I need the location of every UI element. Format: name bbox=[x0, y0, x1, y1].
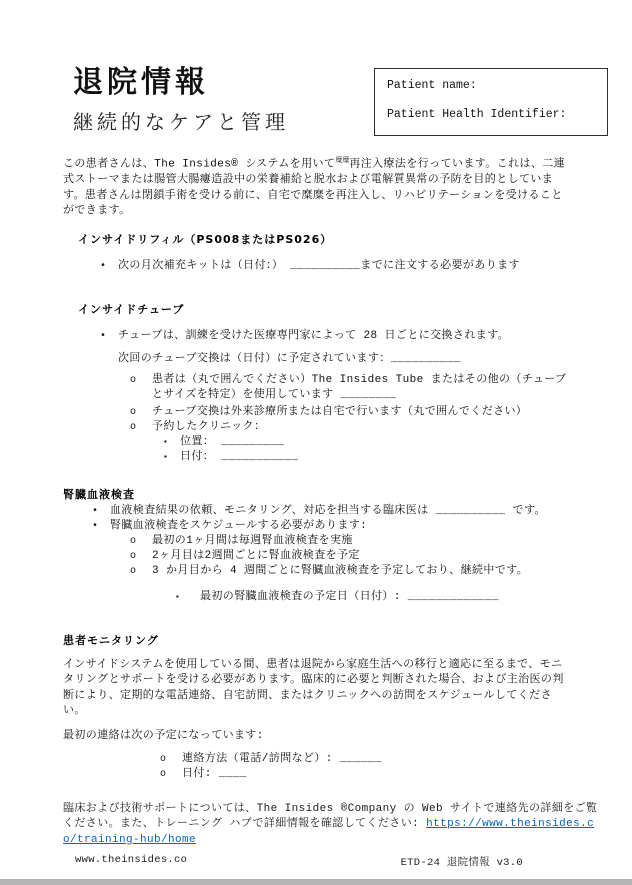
section-heading-renal: 腎臓血液検査 bbox=[63, 488, 608, 502]
refill-bullet-text: 次の月次補充キットは（日付：） __________までに注文する必要があります bbox=[118, 259, 520, 274]
circle-bullet-icon: o bbox=[160, 752, 182, 767]
document-page: 退院情報 継続的なケアと管理 Patient name: Patient Hea… bbox=[0, 0, 632, 885]
footer-doc-version: ETD-24 退院情報 v3.0 bbox=[401, 854, 523, 869]
tube-next-exchange-line: 次回のチューブ交換は（日付）に予定されています：__________ bbox=[118, 352, 608, 367]
bullet-icon: • bbox=[100, 329, 118, 344]
monitoring-date-text: 日付: ____ bbox=[182, 767, 247, 782]
renal-first-test-item: ▪ 最初の腎臓血液検査の予定日（日付）: _____________ bbox=[175, 590, 608, 605]
tube-bullet-item: • チューブは、訓練を受けた医療専門家によって 28 日ごとに交換されます。 bbox=[100, 329, 608, 344]
patient-id-label: Patient Health Identifier: bbox=[387, 107, 595, 122]
circle-bullet-icon: o bbox=[130, 420, 152, 435]
square-bullet-icon: ▪ bbox=[163, 435, 180, 450]
renal-bullet-item: • 腎臓血液検査をスケジュールする必要があります: bbox=[92, 519, 608, 534]
support-paragraph: 臨床および技術サポートについては、The Insides ®Company の … bbox=[63, 802, 608, 849]
footer-website: www.theinsides.co bbox=[75, 854, 187, 869]
header: 退院情報 継続的なケアと管理 Patient name: Patient Hea… bbox=[63, 66, 608, 137]
renal-sub-item: o 最初の1ヶ月間は毎週腎血液検査を実施 bbox=[130, 534, 608, 549]
tube-clinic-date-text: 日付： ___________ bbox=[180, 450, 298, 465]
circle-bullet-icon: o bbox=[130, 373, 152, 403]
monitoring-paragraph: インサイドシステムを使用している間、患者は退院から家庭生活への移行と適応に至るま… bbox=[63, 658, 568, 720]
renal-bullet-text-1: 血液検査結果の依頼、モニタリング、対応を担当する臨床医は __________ … bbox=[110, 504, 546, 519]
monitoring-first-contact-line: 最初の連絡は次の予定になっています: bbox=[63, 729, 608, 744]
patient-name-label: Patient name: bbox=[387, 78, 595, 93]
renal-bullet-item: • 血液検査結果の依頼、モニタリング、対応を担当する臨床医は _________… bbox=[92, 504, 608, 519]
circle-bullet-icon: o bbox=[130, 405, 152, 420]
renal-sub-text-2: 2ヶ月目は2週間ごとに腎血液検査を予定 bbox=[152, 549, 360, 564]
tube-sub-item: o 予約したクリニック： bbox=[130, 420, 608, 435]
renal-sub-item: o 3 か月目から 4 週間ごとに腎臓血液検査を予定しており、継続中です。 bbox=[130, 564, 608, 579]
tube-bullet-text: チューブは、訓練を受けた医療専門家によって 28 日ごとに交換されます。 bbox=[118, 329, 509, 344]
square-bullet-icon: ▪ bbox=[163, 450, 180, 465]
intro-text-1: この患者さんは、The Insides® システムを用いて bbox=[63, 159, 335, 171]
monitoring-method-text: 連絡方法（電話/訪問など）: ______ bbox=[182, 752, 382, 767]
tube-sub-item: o 患者は（丸で囲んでください）The Insides Tube またはその他の… bbox=[130, 373, 608, 403]
tube-sub-text-1: 患者は（丸で囲んでください）The Insides Tube またはその他の（チ… bbox=[152, 373, 572, 403]
renal-bullet-text-2: 腎臓血液検査をスケジュールする必要があります: bbox=[110, 519, 367, 534]
patient-info-box: Patient name: Patient Health Identifier: bbox=[374, 68, 608, 136]
tube-clinic-location-text: 位置： _________ bbox=[180, 435, 284, 450]
tube-clinic-date-item: ▪ 日付： ___________ bbox=[163, 450, 608, 465]
tube-clinic-location-item: ▪ 位置： _________ bbox=[163, 435, 608, 450]
section-heading-tube: インサイドチューブ bbox=[78, 303, 608, 317]
circle-bullet-icon: o bbox=[130, 564, 152, 579]
renal-sub-text-1: 最初の1ヶ月間は毎週腎血液検査を実施 bbox=[152, 534, 353, 549]
tube-next-exchange-text: 次回のチューブ交換は（日付）に予定されています：__________ bbox=[118, 352, 461, 367]
circle-bullet-icon: o bbox=[160, 767, 182, 782]
circle-bullet-icon: o bbox=[130, 549, 152, 564]
tube-sub-text-2: チューブ交換は外来診療所または自宅で行います（丸で囲んでください） bbox=[152, 405, 527, 420]
tube-sub-item: o チューブ交換は外来診療所または自宅で行います（丸で囲んでください） bbox=[130, 405, 608, 420]
monitoring-first-contact-text: 最初の連絡は次の予定になっています: bbox=[63, 729, 264, 744]
intro-superscript: 糜糜 bbox=[335, 157, 349, 165]
bullet-icon: • bbox=[92, 504, 110, 519]
refill-bullet-item: • 次の月次補充キットは（日付：） __________までに注文する必要があり… bbox=[100, 259, 608, 274]
tube-sub-text-3: 予約したクリニック： bbox=[152, 420, 265, 435]
page-edge bbox=[0, 879, 632, 885]
renal-sub-text-3: 3 か月目から 4 週間ごとに腎臓血液検査を予定しており、継続中です。 bbox=[152, 564, 528, 579]
renal-first-test-text: 最初の腎臓血液検査の予定日（日付）: _____________ bbox=[200, 590, 499, 605]
circle-bullet-icon: o bbox=[130, 534, 152, 549]
renal-sub-item: o 2ヶ月目は2週間ごとに腎血液検査を予定 bbox=[130, 549, 608, 564]
bullet-icon: • bbox=[92, 519, 110, 534]
bullet-icon: • bbox=[100, 259, 118, 274]
monitoring-sub-item: o 連絡方法（電話/訪問など）: ______ bbox=[160, 752, 608, 767]
monitoring-sub-item: o 日付: ____ bbox=[160, 767, 608, 782]
section-heading-refill: インサイドリフィル（PS008またはPS026） bbox=[78, 233, 608, 247]
square-bullet-icon: ▪ bbox=[175, 590, 200, 605]
intro-paragraph: この患者さんは、The Insides® システムを用いて糜糜再注入療法を行って… bbox=[63, 154, 571, 220]
section-heading-monitoring: 患者モニタリング bbox=[63, 634, 608, 648]
page-footer: www.theinsides.co ETD-24 退院情報 v3.0 bbox=[0, 854, 632, 869]
